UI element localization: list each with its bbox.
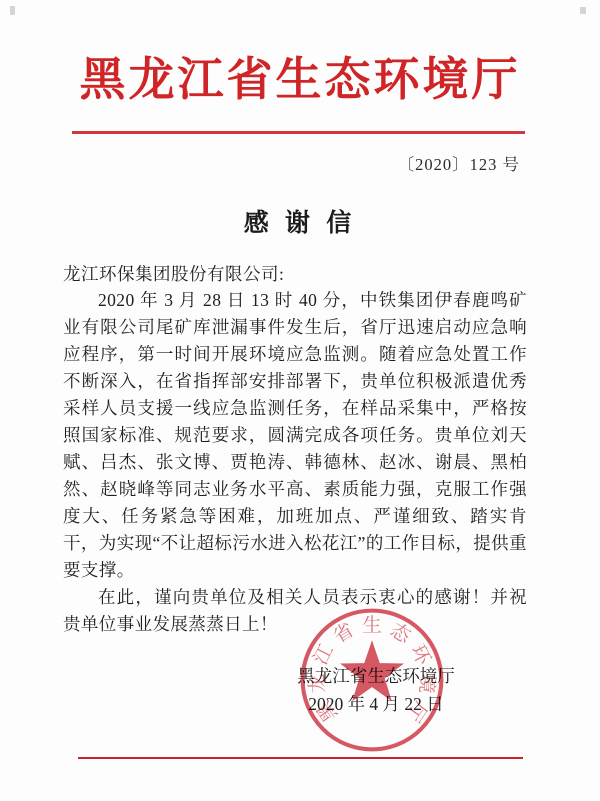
scan-artifact [580,7,586,14]
scanned-letter-page: 黑龙江省生态环境厅 〔2020〕123 号 感 谢 信 龙江环保集团股份有限公司… [0,0,600,801]
header-rule [72,131,525,134]
salutation: 龙江环保集团股份有限公司: [63,261,284,286]
letter-body: 2020 年 3 月 28 日 13 时 40 分，中铁集团伊春鹿鸣矿业有限公司… [63,287,527,638]
letter-title: 感 谢 信 [0,203,600,239]
scan-artifact [10,6,15,15]
footer-rule [78,757,523,759]
agency-masthead: 黑龙江省生态环境厅 [0,50,600,110]
letter-paragraph: 在此，谨向贵单位及相关人员表示衷心的感谢！并祝贵单位事业发展蒸蒸日上！ [63,584,527,638]
signature-agency: 黑龙江省生态环境厅 [278,662,474,690]
signature-block: 黑龙江省生态环境厅 2020 年 4 月 22 日 [278,662,474,718]
letter-paragraph: 2020 年 3 月 28 日 13 时 40 分，中铁集团伊春鹿鸣矿业有限公司… [63,287,527,584]
doc-number: 〔2020〕123 号 [398,151,520,175]
signature-date: 2020 年 4 月 22 日 [278,690,474,718]
